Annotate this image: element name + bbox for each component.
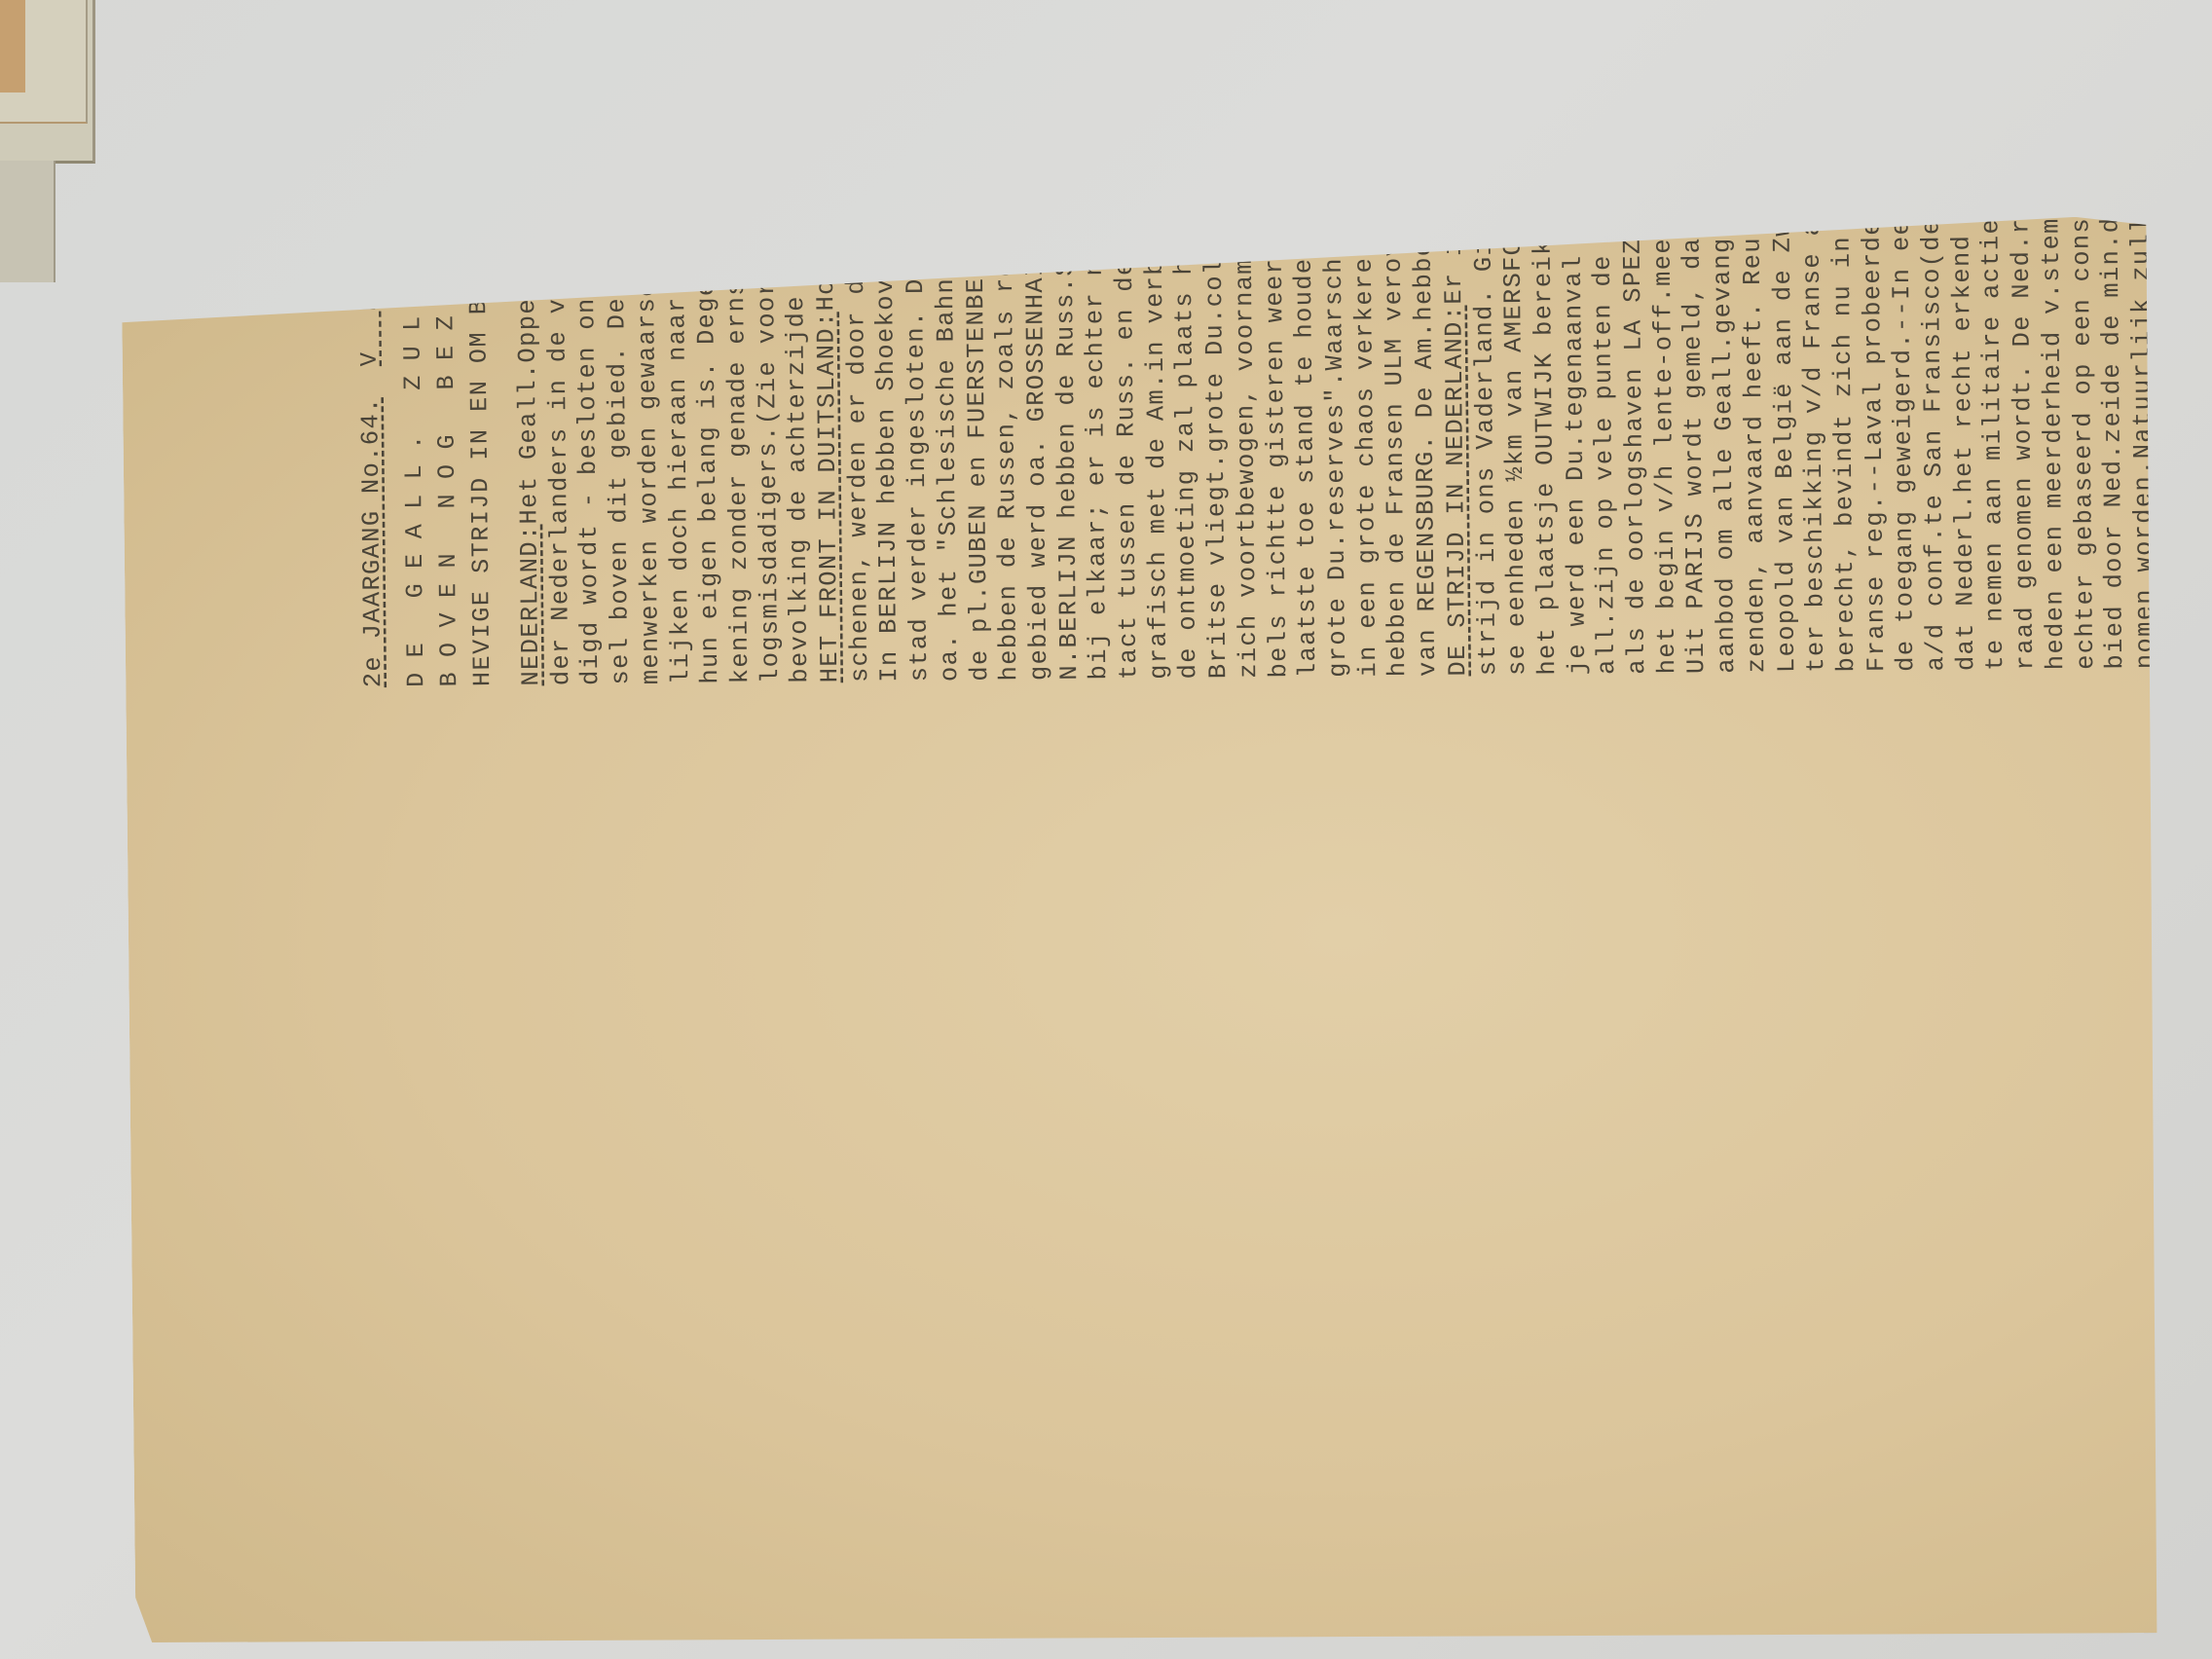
section-heading: NEDERLAND: xyxy=(516,524,546,685)
article-line: NEDERLAND:Het Geall.Opperbevel heeft - g… xyxy=(502,0,547,686)
paper-title: V R I J xyxy=(354,172,387,366)
newspaper-content: 2e JAARGANG No.64. V R I J BUITER WOENSD… xyxy=(345,0,2212,687)
headline: DE GEALL. ZULLEN VOEDSEL AFWERPEN BOVEN … xyxy=(386,0,499,687)
stacked-papers xyxy=(0,0,107,282)
paper-sheet xyxy=(0,161,55,282)
section-heading: DE STRIJD IN NEDERLAND: xyxy=(1440,305,1472,677)
paper-title-2: BUITER xyxy=(352,0,384,64)
article-body: NEDERLAND:Het Geall.Opperbevel heeft - g… xyxy=(502,0,2161,686)
paper-sheet xyxy=(0,0,25,92)
newspaper-sheet: 2e JAARGANG No.64. V R I J BUITER WOENSD… xyxy=(121,216,2160,1654)
masthead: 2e JAARGANG No.64. V R I J BUITER WOENSD… xyxy=(345,0,394,687)
section-heading: HET FRONT IN DUITSLAND: xyxy=(812,311,844,682)
sword-with-flames-emblem xyxy=(207,84,393,222)
volume-number: 2e JAARGANG No.64. xyxy=(356,396,389,687)
